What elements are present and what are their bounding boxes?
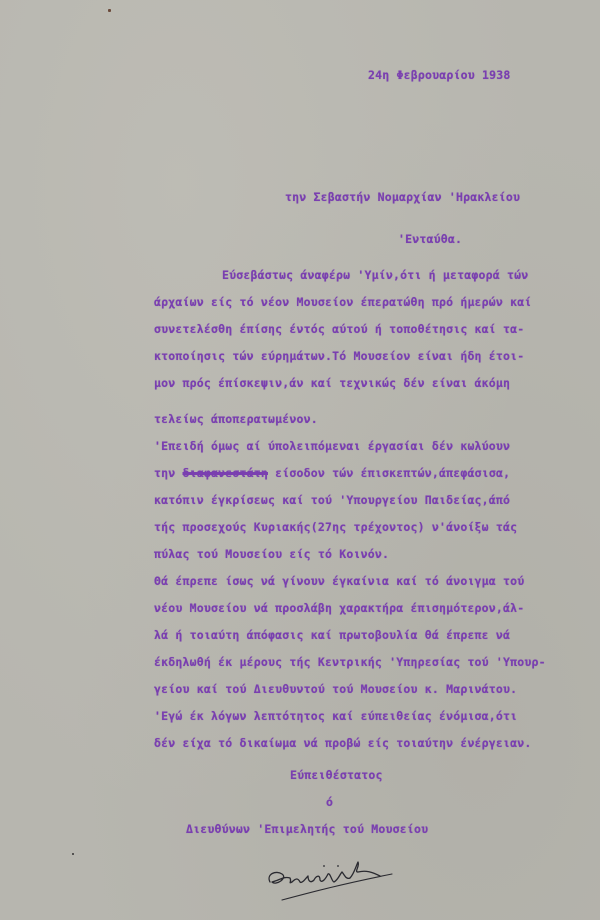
closing-article: ό [326,795,333,809]
struck-out-word: διαφανεστάτη [183,466,268,480]
paper-speck [72,853,74,855]
closing-title: Διευθύνων 'Επιμελητής τού Μουσείου [186,822,428,836]
body-line: μον πρός έπίσκεψιν,άν καί τεχνικώς δέν ε… [154,376,510,390]
body-line: Θά έπρεπε ίσως νά γίνουν έγκαίνια καί τό… [154,574,524,588]
letter-page: 24η Φεβρουαρίου 1938 την Σεβαστήν Νομαρχ… [0,0,600,920]
body-line: πύλας τού Μουσείου είς τό Κοινόν. [154,547,389,561]
handwritten-signature [262,852,412,902]
recipient-location: 'Ενταύθα. [398,232,462,246]
body-line: δέν είχα τό δικαίωμα νά προβώ είς τοιαύτ… [154,736,532,750]
body-line: τής προσεχούς Κυριακής(27ης τρέχοντος) ν… [154,520,517,534]
closing-salutation: Εύπειθέστατος [290,768,383,782]
body-line: έκδηλωθή έκ μέρους τής Κεντρικής 'Υπηρεσ… [154,655,546,669]
body-line: γείου καί τού Διευθυντού τού Μουσείου κ.… [154,682,517,696]
body-text: την [154,466,183,480]
body-line: κατόπιν έγκρίσεως καί τού 'Υπουργείου Πα… [154,493,510,507]
body-text: είσοδον τών έπισκεπτών,άπεφάσισα, [268,466,510,480]
body-line: νέου Μουσείου νά προσλάβη χαρακτήρα έπισ… [154,601,524,615]
body-line: 'Επειδή όμως αί ύπολειπόμεναι έργασίαι δ… [154,439,510,453]
letter-date: 24η Φεβρουαρίου 1938 [368,68,510,82]
paper-speck [108,9,111,12]
body-line: 'Εγώ έκ λόγων λεπτότητος καί εύπειθείας … [154,709,517,723]
body-line: τελείως άποπερατωμένον. [154,412,318,426]
recipient-line: την Σεβαστήν Νομαρχίαν 'Ηρακλείου [285,190,520,204]
body-line: άρχαίων είς τό νέον Μουσείον έπερατώθη π… [154,295,532,309]
body-line: λά ή τοιαύτη άπόφασις καί πρωτοβουλία θά… [154,628,510,642]
body-line: συνετελέσθη έπίσης έντός αύτού ή τοποθέτ… [154,322,524,336]
body-line-with-strikethrough: την διαφανεστάτη είσοδον τών έπισκεπτών,… [154,466,510,480]
body-line: Εύσεβάστως άναφέρω 'Υμίν,ότι ή μεταφορά … [222,268,528,282]
body-line: κτοποίησις τών εύρημάτων.Τό Μουσείον είν… [154,349,524,363]
